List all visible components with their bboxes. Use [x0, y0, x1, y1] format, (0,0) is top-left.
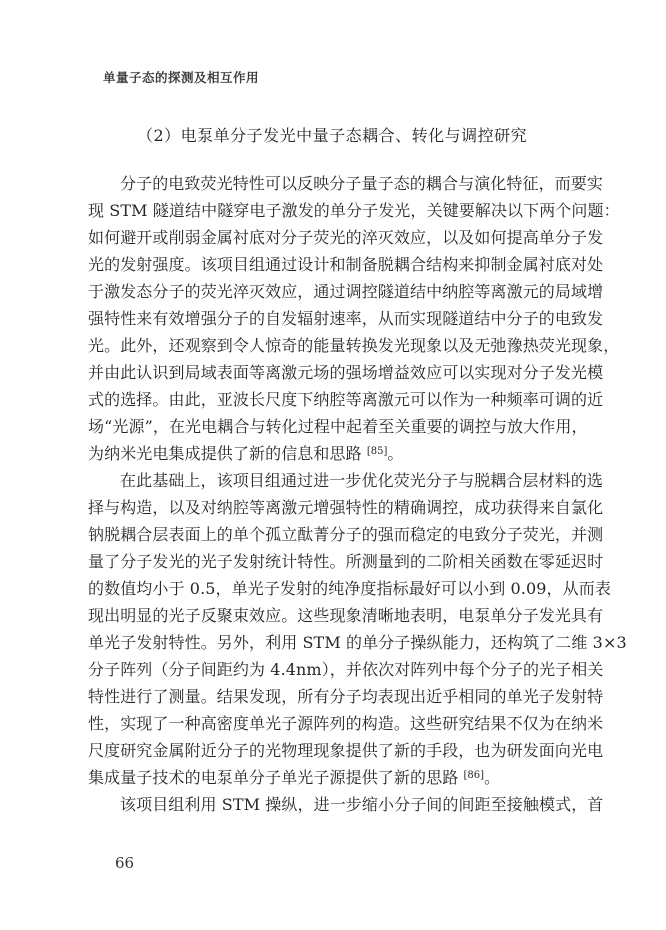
text-segment: 场“光源”，在光电耦合与转化过程中起着至关重要的调控与放大作用，: [88, 417, 588, 436]
text-line: 单光子发射特性。另外，利用 STM 的单分子操纵能力，还构筑了二维 3×3: [88, 629, 618, 656]
text-segment: 择与构造，以及对纳腔等离激元增强特性的精确调控，成功获得来自氯化: [88, 498, 603, 517]
paragraph: 在此基础上，该项目组通过进一步优化荧光分子与脱耦合层材料的选择与构造，以及对纳腔…: [88, 467, 618, 791]
text-line: 在此基础上，该项目组通过进一步优化荧光分子与脱耦合层材料的选: [88, 467, 618, 494]
section-heading: （2）电泵单分子发光中量子态耦合、转化与调控研究: [137, 123, 527, 146]
text-segment: 性，实现了一种高密度单光子源阵列的构造。这些研究结果不仅为在纳米: [88, 714, 603, 733]
text-line: 集成量子技术的电泵单分子单光子源提供了新的思路 [86]。: [88, 764, 618, 791]
text-segment: 分子的电致荧光特性可以反映分子量子态的耦合与演化特征，而要实: [120, 174, 603, 193]
paragraph: 该项目组利用 STM 操纵，进一步缩小分子间的间距至接触模式，首: [88, 791, 618, 818]
text-line: 强特性来有效增强分子的自发辐射速率，从而实现隧道结中分子的电致发: [88, 305, 618, 332]
text-segment: 强特性来有效增强分子的自发辐射速率，从而实现隧道结中分子的电致发: [88, 309, 603, 328]
text-segment: 在此基础上，该项目组通过进一步优化荧光分子与脱耦合层材料的选: [120, 471, 603, 490]
text-line: 分子的电致荧光特性可以反映分子量子态的耦合与演化特征，而要实: [88, 170, 618, 197]
text-line: 式的选择。由此，亚波长尺度下纳腔等离激元可以作为一种频率可调的近: [88, 386, 618, 413]
text-segment: 量了分子发光的光子发射统计特性。所测量到的二阶相关函数在零延迟时: [88, 552, 603, 571]
text-line: 光的发射强度。该项目组通过设计和制备脱耦合结构来抑制金属衬底对处: [88, 251, 618, 278]
text-line: 现 STM 隧道结中隧穿电子激发的单分子发光，关键要解决以下两个问题：: [88, 197, 618, 224]
text-segment: 的数值均小于 0.5，单光子发射的纯净度指标最好可以小到 0.09，从而表: [88, 579, 611, 598]
text-segment: 现出明显的光子反聚束效应。这些现象清晰地表明，电泵单分子发光具有: [88, 606, 603, 625]
text-line: 特性进行了测量。结果发现，所有分子均表现出近乎相同的单光子发射特: [88, 683, 618, 710]
text-line: 性，实现了一种高密度单光子源阵列的构造。这些研究结果不仅为在纳米: [88, 710, 618, 737]
text-segment: 单光子发射特性。另外，利用 STM 的单分子操纵能力，还构筑了二维 3×3: [88, 633, 627, 652]
text-line: 分子阵列（分子间距约为 4.4nm），并依次对阵列中每个分子的光子相关: [88, 656, 618, 683]
text-line: 量了分子发光的光子发射统计特性。所测量到的二阶相关函数在零延迟时: [88, 548, 618, 575]
text-line: 为纳米光电集成提供了新的信息和思路 [85]。: [88, 440, 618, 467]
text-segment: 尺度研究金属附近分子的光物理现象提供了新的手段，也为研发面向光电: [88, 741, 603, 760]
text-segment: 特性进行了测量。结果发现，所有分子均表现出近乎相同的单光子发射特: [88, 687, 603, 706]
text-segment: 。: [484, 768, 500, 787]
text-segment: 钠脱耦合层表面上的单个孤立酞菁分子的强而稳定的电致分子荧光，并测: [88, 525, 603, 544]
page-number: 66: [115, 854, 134, 872]
citation-ref: [85]: [367, 446, 388, 457]
text-line: 的数值均小于 0.5，单光子发射的纯净度指标最好可以小到 0.09，从而表: [88, 575, 618, 602]
text-line: 该项目组利用 STM 操纵，进一步缩小分子间的间距至接触模式，首: [88, 791, 618, 818]
text-segment: 集成量子技术的电泵单分子单光子源提供了新的思路: [88, 768, 464, 787]
text-segment: 现 STM 隧道结中隧穿电子激发的单分子发光，关键要解决以下两个问题：: [88, 201, 620, 220]
text-segment: 光。此外，还观察到令人惊奇的能量转换发光现象以及无弛豫热荧光现象，: [88, 336, 619, 355]
text-segment: 。: [387, 444, 403, 463]
text-segment: 为纳米光电集成提供了新的信息和思路: [88, 444, 367, 463]
running-header: 单量子态的探测及相互作用: [103, 68, 259, 86]
text-segment: 式的选择。由此，亚波长尺度下纳腔等离激元可以作为一种频率可调的近: [88, 390, 603, 409]
text-line: 钠脱耦合层表面上的单个孤立酞菁分子的强而稳定的电致分子荧光，并测: [88, 521, 618, 548]
text-line: 并由此认识到局域表面等离激元场的强场增益效应可以实现对分子发光模: [88, 359, 618, 386]
document-page: 单量子态的探测及相互作用 （2）电泵单分子发光中量子态耦合、转化与调控研究 分子…: [0, 0, 666, 930]
text-line: 择与构造，以及对纳腔等离激元增强特性的精确调控，成功获得来自氯化: [88, 494, 618, 521]
text-segment: 如何避开或削弱金属衬底对分子荧光的淬灭效应，以及如何提高单分子发: [88, 228, 603, 247]
text-line: 现出明显的光子反聚束效应。这些现象清晰地表明，电泵单分子发光具有: [88, 602, 618, 629]
text-segment: 于激发态分子的荧光淬灭效应，通过调控隧道结中纳腔等离激元的局域增: [88, 282, 603, 301]
paragraph: 分子的电致荧光特性可以反映分子量子态的耦合与演化特征，而要实现 STM 隧道结中…: [88, 170, 618, 467]
text-line: 尺度研究金属附近分子的光物理现象提供了新的手段，也为研发面向光电: [88, 737, 618, 764]
document-body: 分子的电致荧光特性可以反映分子量子态的耦合与演化特征，而要实现 STM 隧道结中…: [88, 170, 618, 818]
text-segment: 光的发射强度。该项目组通过设计和制备脱耦合结构来抑制金属衬底对处: [88, 255, 603, 274]
text-segment: 该项目组利用 STM 操纵，进一步缩小分子间的间距至接触模式，首: [120, 795, 603, 814]
text-line: 如何避开或削弱金属衬底对分子荧光的淬灭效应，以及如何提高单分子发: [88, 224, 618, 251]
text-segment: 并由此认识到局域表面等离激元场的强场增益效应可以实现对分子发光模: [88, 363, 603, 382]
text-line: 场“光源”，在光电耦合与转化过程中起着至关重要的调控与放大作用，: [88, 413, 618, 440]
text-segment: 分子阵列（分子间距约为 4.4nm），并依次对阵列中每个分子的光子相关: [88, 660, 604, 679]
text-line: 于激发态分子的荧光淬灭效应，通过调控隧道结中纳腔等离激元的局域增: [88, 278, 618, 305]
text-line: 光。此外，还观察到令人惊奇的能量转换发光现象以及无弛豫热荧光现象，: [88, 332, 618, 359]
citation-ref: [86]: [464, 770, 485, 781]
